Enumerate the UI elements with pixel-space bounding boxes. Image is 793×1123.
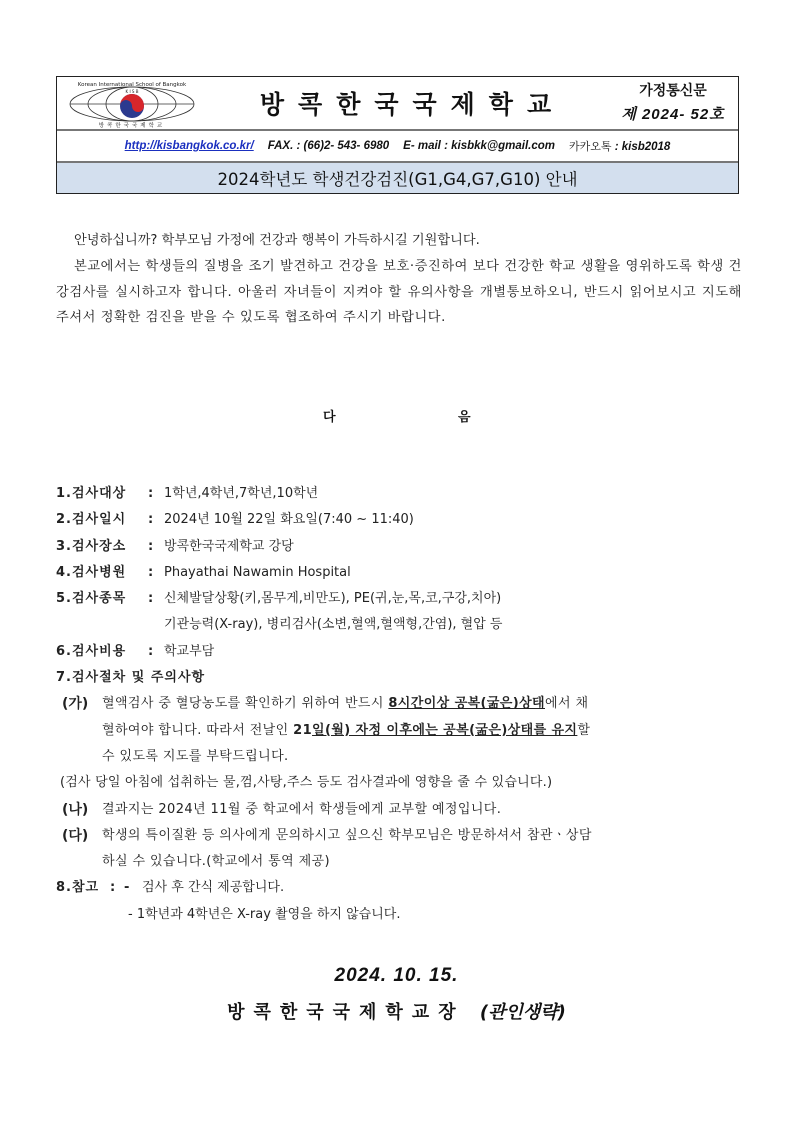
- kakao-label: 카카오톡: [569, 140, 612, 153]
- procedure-note: (검사 당일 아침에 섭취하는 물,껌,사탕,주스 등도 검사결과에 영향을 줄…: [56, 770, 746, 796]
- svg-text:Korean International School of: Korean International School of Bangkok: [78, 82, 187, 88]
- school-website-link[interactable]: http://kisbangkok.co.kr/: [125, 140, 254, 152]
- contact-row: http://kisbangkok.co.kr/ FAX. : (66)2- 5…: [57, 131, 738, 163]
- seal-omitted: (관인생략): [480, 1002, 566, 1023]
- issue-number: 제 2024- 52호: [608, 103, 738, 127]
- header-table: Korean International School of Bangkok K…: [56, 76, 739, 194]
- kakao-info: 카카오톡 : kisb2018: [569, 138, 670, 154]
- issue-info: 가정통신문 제 2024- 52호: [608, 79, 738, 127]
- svg-text:K I S B: K I S B: [126, 89, 139, 94]
- fasting-emphasis: 8시간이상 공복(굶은)상태: [388, 696, 545, 711]
- issue-date: 2024. 10. 15.: [0, 965, 793, 987]
- kakao-id: : kisb2018: [612, 141, 671, 153]
- procedure-tag: (가): [56, 691, 102, 717]
- item-tests: 5.검사종목:신체발달상황(키,몸무게,비만도), PE(귀,눈,목,코,구강,…: [56, 586, 746, 612]
- divider-right: 음: [458, 406, 471, 425]
- item-hospital: 4.검사병원:Phayathai Nawamin Hospital: [56, 560, 746, 586]
- procedure-na: (나) 결과지는 2024년 11월 중 학교에서 학생들에게 교부할 예정입니…: [56, 797, 746, 823]
- email-address: E- mail : kisbkk@gmail.com: [403, 140, 555, 152]
- svg-text:방콕한국국제학교: 방콕한국국제학교: [99, 121, 166, 129]
- newsletter-header: Korean International School of Bangkok K…: [56, 76, 741, 194]
- item-target: 1.검사대상:1학년,4학년,7학년,10학년: [56, 481, 746, 507]
- header-title-row: Korean International School of Bangkok K…: [57, 77, 738, 131]
- item-tests-continued: 기관능력(X-ray), 병리검사(소변,혈액,혈액형,간염), 혈압 등: [56, 612, 746, 638]
- item-procedures-heading: 7.검사절차 및 주의사항: [56, 665, 746, 691]
- item-location: 3.검사장소:방콕한국국제학교 강당: [56, 534, 746, 560]
- details-list: 1.검사대상:1학년,4학년,7학년,10학년 2.검사일시:2024년 10월…: [56, 481, 746, 928]
- fax-number: FAX. : (66)2- 543- 6980: [268, 140, 389, 152]
- school-name-title: 방콕한국국제학교: [207, 85, 608, 121]
- kisb-logo-icon: Korean International School of Bangkok K…: [57, 77, 207, 129]
- item-datetime: 2.검사일시:2024년 10월 22일 화요일(7:40 ~ 11:40): [56, 507, 746, 533]
- signature-block: 방콕한국국제학교장 (관인생략): [0, 998, 793, 1024]
- intro-paragraph: 본교에서는 학생들의 질병을 조기 발견하고 건강을 보호·증진하여 보다 건강…: [56, 254, 742, 331]
- greeting-paragraph: 안녕하십니까? 학부모님 가정에 건강과 행복이 가득하시길 기원합니다.: [56, 228, 742, 254]
- divider-left: 다: [323, 406, 336, 425]
- midnight-fasting-emphasis: 일(월) 자정 이후에는 공복(굶은)상태를 유지: [312, 723, 577, 738]
- procedure-ga: (가) 혈액검사 중 혈당농도를 확인하기 위하여 반드시 8시간이상 공복(굶…: [56, 691, 746, 717]
- item-reference-continued: - 1학년과 4학년은 X-ray 촬영을 하지 않습니다.: [56, 902, 746, 928]
- principal-title: 방콕한국국제학교장: [227, 1002, 465, 1023]
- newsletter-label: 가정통신문: [608, 79, 738, 103]
- procedure-da: (다) 학생의 특이질환 등 의사에게 문의하시고 싶으신 학부모님은 방문하셔…: [56, 823, 746, 849]
- item-reference: 8.참고:-검사 후 간식 제공합니다.: [56, 875, 746, 901]
- subject-banner: 2024학년도 학생건강검진(G1,G4,G7,G10) 안내: [57, 163, 738, 193]
- item-cost: 6.검사비용:학교부담: [56, 639, 746, 665]
